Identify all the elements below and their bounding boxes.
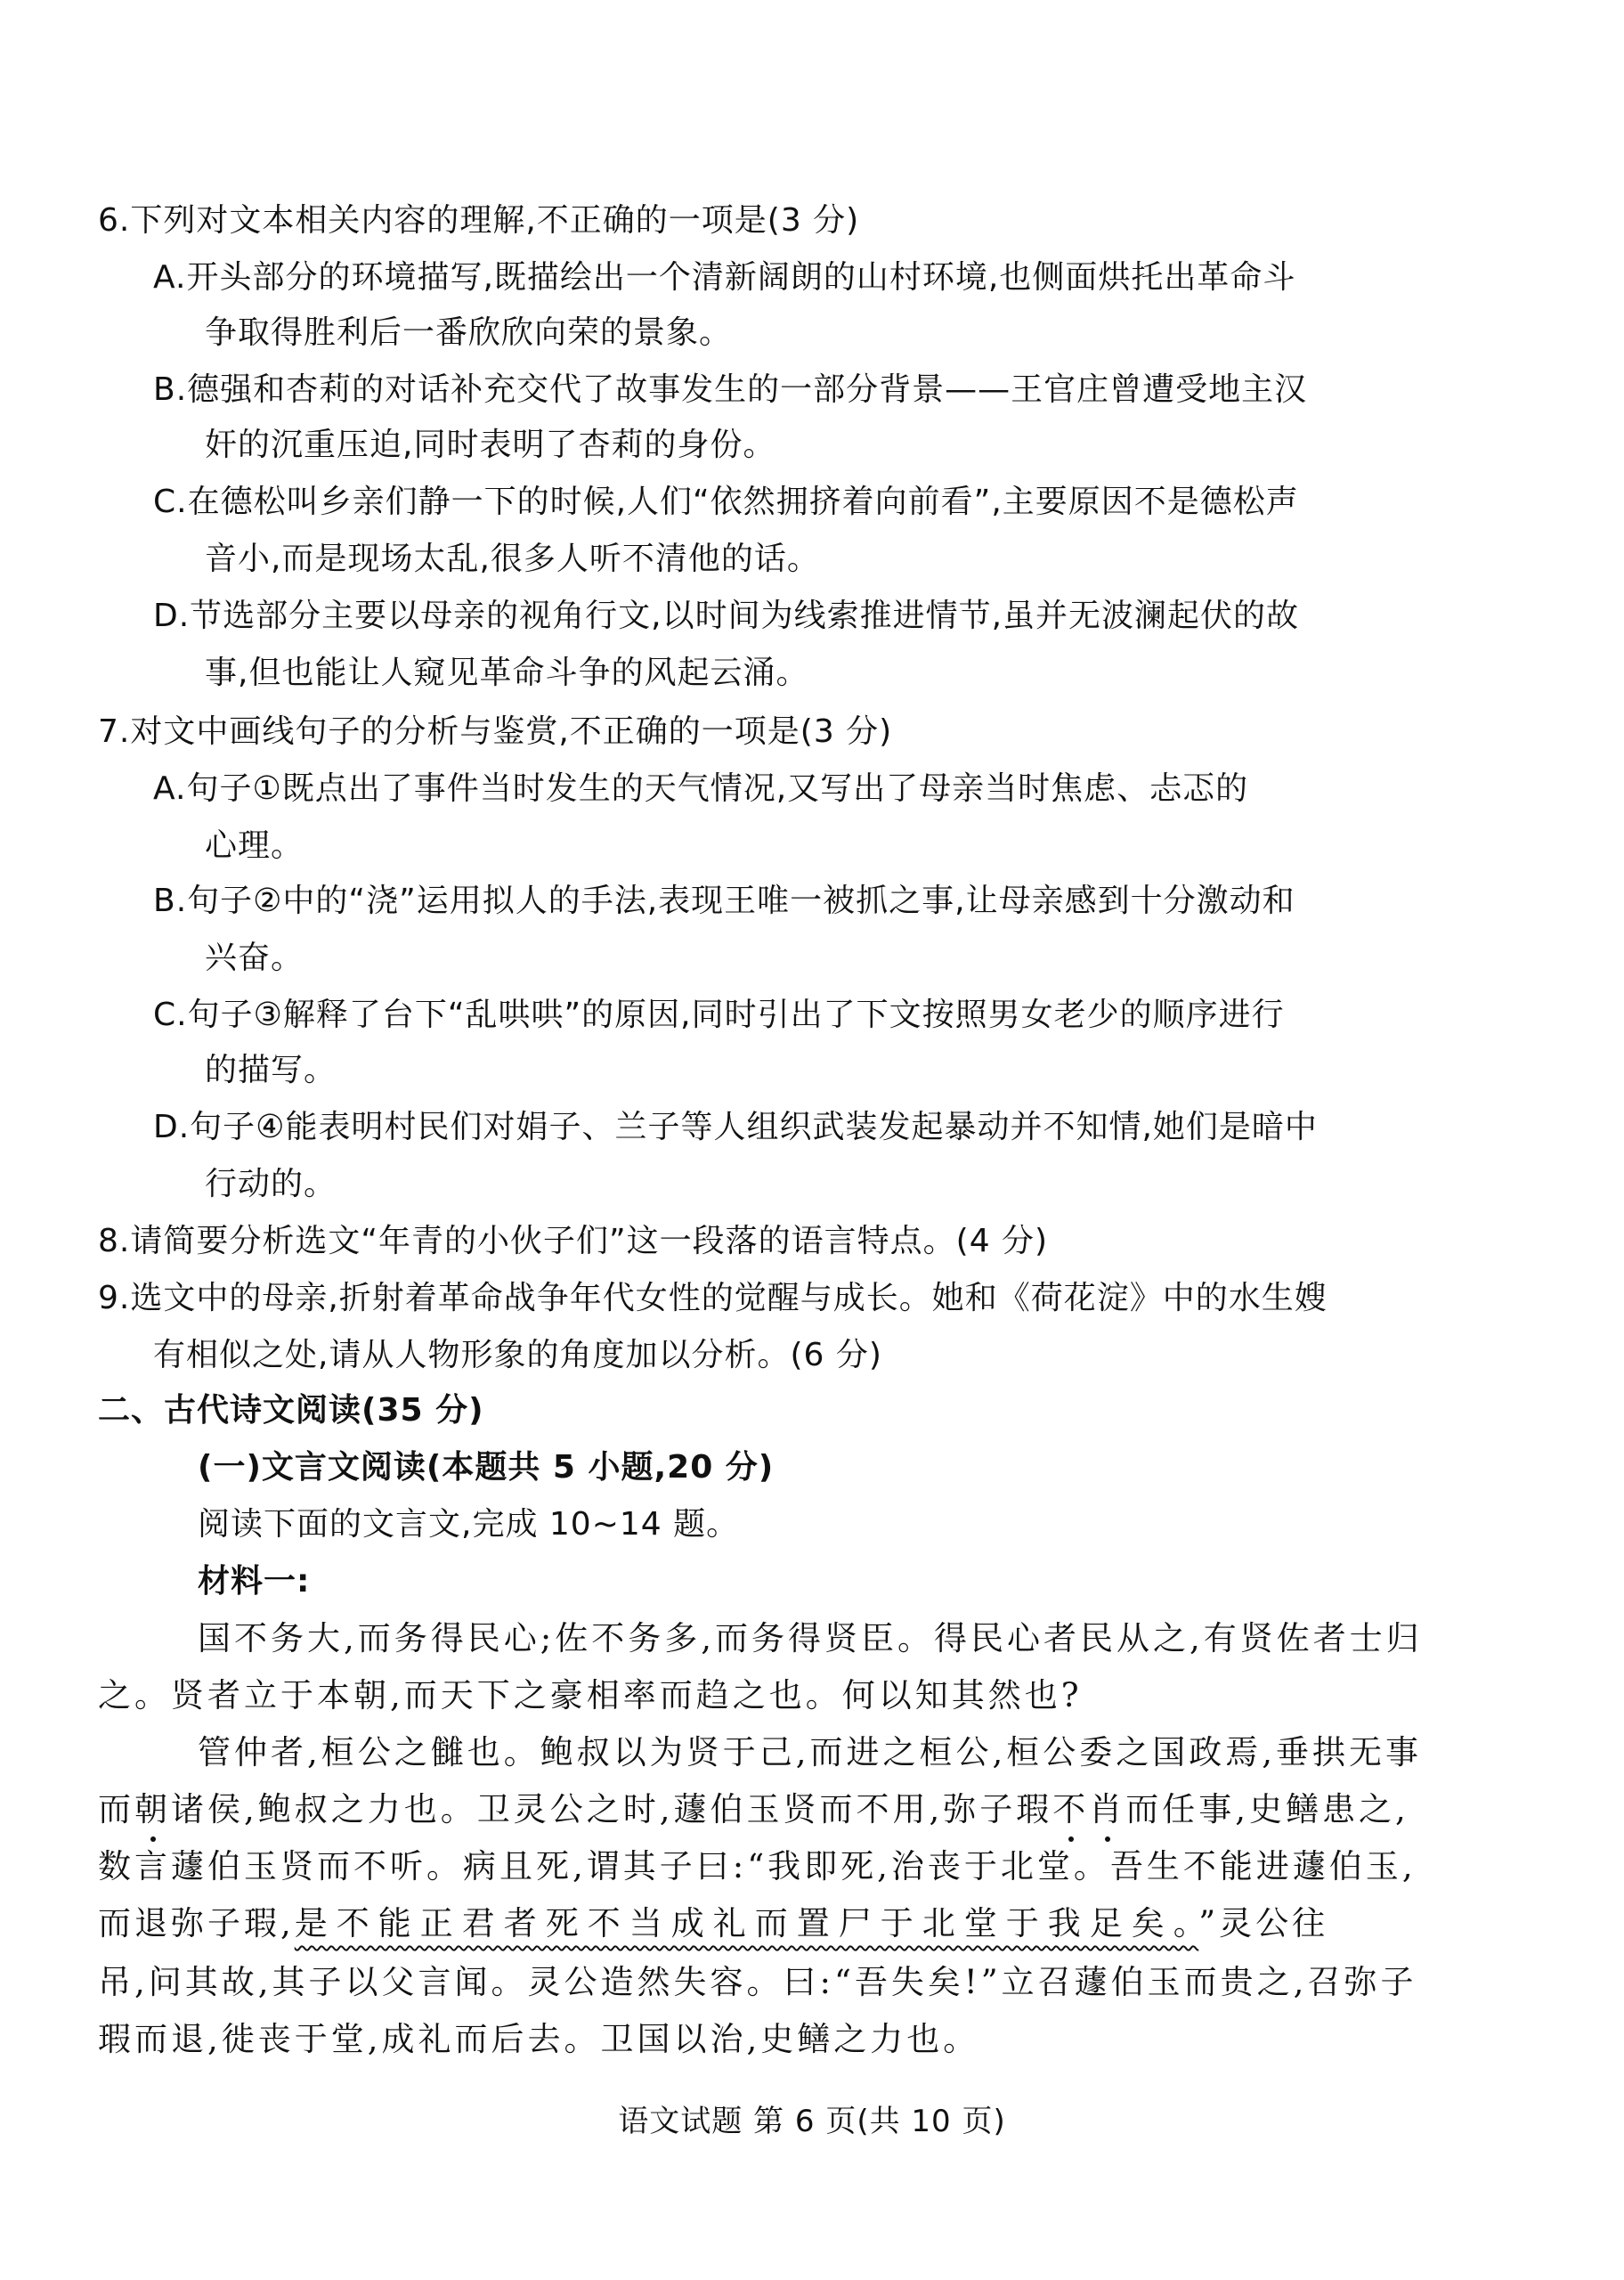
passage-paragraph-1-line-2: 之。贤者立于本朝,而天下之豪相率而趋之也。何以知其然也? (98, 1676, 1083, 1715)
question-7-option-d: D.句子④能表明村民们对娟子、兰子等人组织武装发起暴动并不知情,她们是暗中 (153, 1108, 1318, 1147)
question-7-option-c-cont: 的描写。 (205, 1051, 337, 1090)
question-7-option-c: C.句子③解释了台下“乱哄哄”的原因,同时引出了下文按照男女老少的顺序进行 (153, 996, 1285, 1035)
passage-paragraph-2-line-2: 而朝诸侯,鲍叔之力也。卫灵公之时,蘧伯玉贤而不用,弥子瑕不肖而任事,史鳝患之, (98, 1790, 1409, 1829)
question-6-option-b: B.德强和杏莉的对话补充交代了故事发生的一部分背景——王官庄曾遭受地主汉 (153, 370, 1307, 410)
passage-paragraph-2-line-5: 吊,问其故,其子以父言闻。灵公造然失容。曰:“吾失矣!”立召蘧伯玉而贵之,召弥子 (98, 1963, 1417, 2002)
question-7-stem: 7.对文中画线句子的分析与鉴赏,不正确的一项是(3 分) (98, 712, 892, 752)
question-6-option-d-cont: 事,但也能让人窥见革命斗争的风起云涌。 (205, 654, 808, 693)
subsection-classical-reading-heading: (一)文言文阅读(本题共 5 小题,20 分) (198, 1448, 774, 1487)
question-6-stem: 6.下列对文本相关内容的理解,不正确的一项是(3 分) (98, 201, 859, 240)
page-footer: 语文试题 第 6 页(共 10 页) (0, 2104, 1624, 2139)
question-6-option-a-cont: 争取得胜利后一番欣欣向荣的景象。 (205, 313, 732, 353)
question-7-option-a: A.句子①既点出了事件当时发生的天气情况,又写出了母亲当时焦虑、忐忑的 (153, 769, 1248, 809)
question-8-stem: 8.请简要分析选文“年青的小伙子们”这一段落的语言特点。(4 分) (98, 1222, 1048, 1261)
question-7-option-d-cont: 行动的。 (205, 1165, 337, 1204)
passage-text: 而任事,史鳝患之, (1125, 1790, 1409, 1828)
passage-text: ”灵公往 (1198, 1904, 1328, 1942)
question-6-option-a: A.开头部分的环境描写,既描绘出一个清新阔朗的山村环境,也侧面烘托出革命斗 (153, 258, 1295, 297)
passage-paragraph-1-line-1: 国不务大,而务得民心;佐不务多,而务得贤臣。得民心者民从之,有贤佐者士归 (198, 1619, 1423, 1658)
passage-text: 而退弥子瑕, (98, 1904, 295, 1942)
question-7-option-b-cont: 兴奋。 (205, 939, 304, 978)
question-9-stem-cont: 有相似之处,请从人物形象的角度加以分析。(6 分) (153, 1336, 882, 1375)
emphasis-dotted-char: 朝 (134, 1790, 171, 1829)
material-1-label: 材料一: (198, 1562, 310, 1601)
passage-text: 诸侯,鲍叔之力也。卫灵公之时,蘧伯玉贤而不用,弥子瑕 (171, 1790, 1052, 1828)
reading-instruction: 阅读下面的文言文,完成 10~14 题。 (198, 1505, 739, 1544)
wavy-underlined-sentence: 是不能正君者死不当成礼而置尸于北堂于我足矣。 (295, 1904, 1199, 1942)
emphasis-dotted-char: 肖 (1089, 1790, 1125, 1829)
exam-page: 6.下列对文本相关内容的理解,不正确的一项是(3 分) A.开头部分的环境描写,… (0, 0, 1624, 2280)
emphasis-dotted-char: 不 (1052, 1790, 1089, 1829)
question-7-option-a-cont: 心理。 (205, 826, 304, 866)
question-6-option-c-cont: 音小,而是现场太乱,很多人听不清他的话。 (205, 540, 820, 579)
question-7-option-b: B.句子②中的“浇”运用拟人的手法,表现王唯一被抓之事,让母亲感到十分激动和 (153, 882, 1295, 921)
passage-paragraph-2-line-6: 瑕而退,徙丧于堂,成礼而后去。卫国以治,史鳝之力也。 (98, 2020, 979, 2059)
question-6-option-d: D.节选部分主要以母亲的视角行文,以时间为线索推进情节,虽并无波澜起伏的故 (153, 597, 1299, 636)
question-9-stem: 9.选文中的母亲,折射着革命战争年代女性的觉醒与成长。她和《荷花淀》中的水生嫂 (98, 1279, 1328, 1318)
question-6-option-c: C.在德松叫乡亲们静一下的时候,人们“依然拥挤着向前看”,主要原因不是德松声 (153, 483, 1299, 522)
passage-paragraph-2-line-1: 管仲者,桓公之雠也。鲍叔以为贤于己,而进之桓公,桓公委之国政焉,垂拱无事 (198, 1733, 1422, 1772)
section-2-heading: 二、古代诗文阅读(35 分) (98, 1391, 484, 1430)
passage-paragraph-2-line-3: 数言蘧伯玉贤而不听。病且死,谓其子曰:“我即死,治丧于北堂。吾生不能进蘧伯玉, (98, 1847, 1417, 1886)
passage-paragraph-2-line-4: 而退弥子瑕,是不能正君者死不当成礼而置尸于北堂于我足矣。”灵公往 (98, 1904, 1328, 1943)
passage-text: 而 (98, 1790, 134, 1828)
question-6-option-b-cont: 奸的沉重压迫,同时表明了杏莉的身份。 (205, 426, 775, 465)
